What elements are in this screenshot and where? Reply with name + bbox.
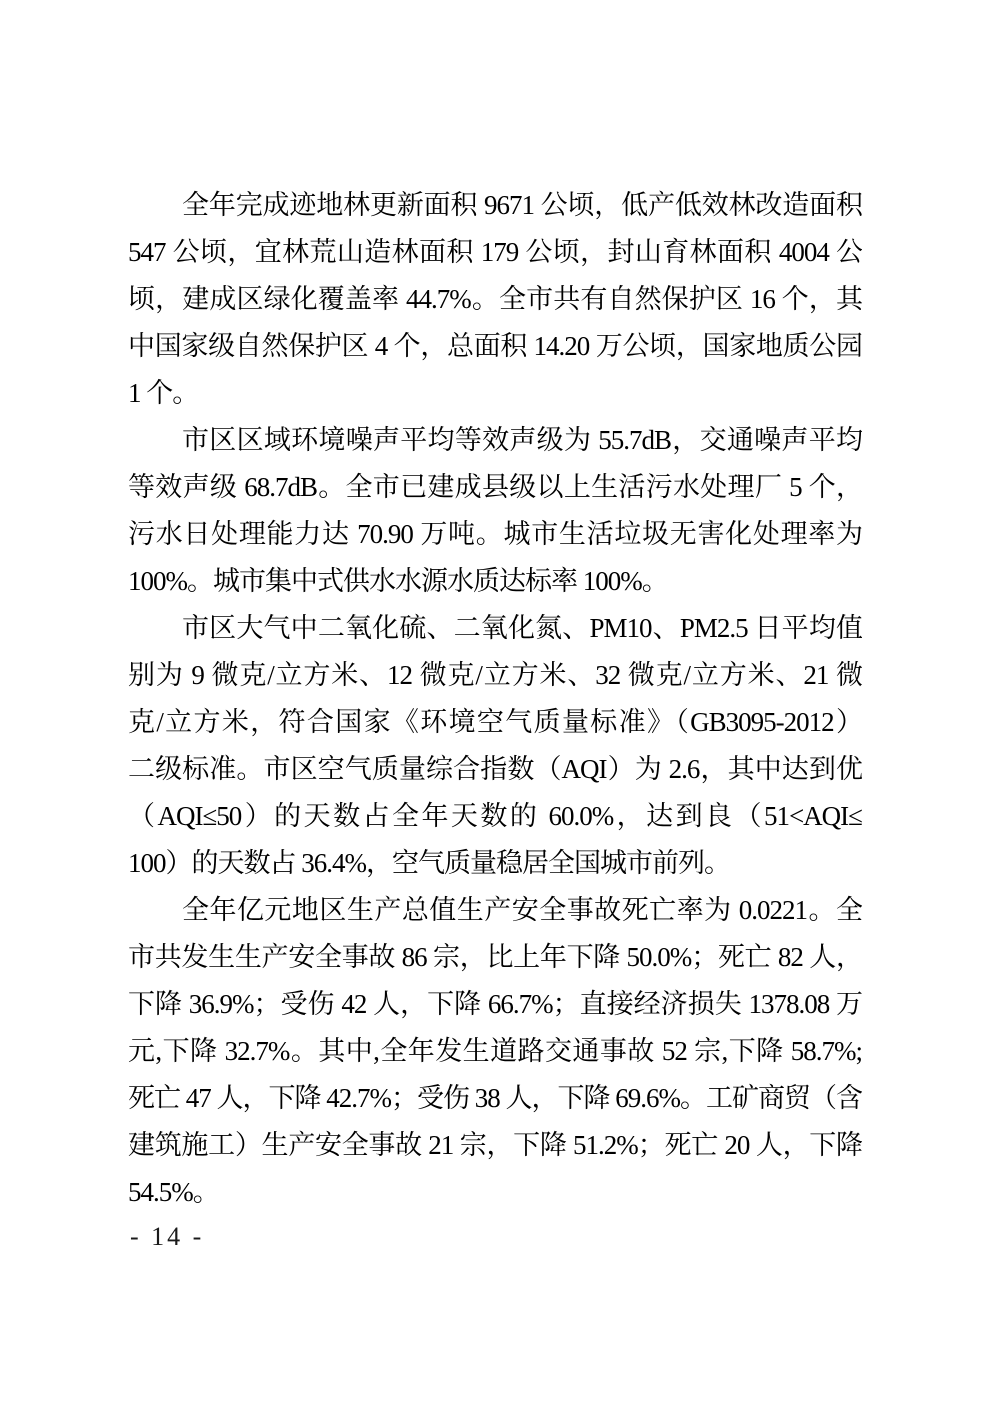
document-page: 全年完成迹地林更新面积 9671 公顷，低产低效林改造面积 547 公顷，宜林荒… <box>0 0 992 1403</box>
paragraph-forestry-greening: 全年完成迹地林更新面积 9671 公顷，低产低效林改造面积 547 公顷，宜林荒… <box>128 182 862 417</box>
document-body: 全年完成迹地林更新面积 9671 公顷，低产低效林改造面积 547 公顷，宜林荒… <box>128 182 862 1216</box>
paragraph-noise-water-treatment: 市区区域环境噪声平均等效声级为 55.7dB，交通噪声平均 等效声级 68.7d… <box>128 417 862 605</box>
text-line: 死亡 47 人，下降 42.7%；受伤 38 人，下降 69.6%。工矿商贸（含 <box>128 1075 862 1122</box>
text-line: （AQI≤50）的天数占全年天数的 60.0%，达到良（51<AQI≤ <box>128 793 862 840</box>
text-line: 中国家级自然保护区 4 个，总面积 14.20 万公顷，国家地质公园 <box>128 323 862 370</box>
text-line: 二级标准。市区空气质量综合指数（AQI）为 2.6，其中达到优 <box>128 746 862 793</box>
text-line: 100）的天数占 36.4%，空气质量稳居全国城市前列。 <box>128 840 862 887</box>
text-line: 顷，建成区绿化覆盖率 44.7%。全市共有自然保护区 16 个，其 <box>128 276 862 323</box>
text-line: 1 个。 <box>128 370 862 417</box>
text-line: 全年亿元地区生产总值生产安全事故死亡率为 0.0221。全 <box>128 887 862 934</box>
text-line: 市区大气中二氧化硫、二氧化氮、PM10、PM2.5 日平均值分 <box>128 605 862 652</box>
paragraph-production-safety: 全年亿元地区生产总值生产安全事故死亡率为 0.0221。全 市共发生生产安全事故… <box>128 887 862 1216</box>
text-line: 市区区域环境噪声平均等效声级为 55.7dB，交通噪声平均 <box>128 417 862 464</box>
text-line: 别为 9 微克/立方米、12 微克/立方米、32 微克/立方米、21 微 <box>128 652 862 699</box>
text-line: 元,下降 32.7%。其中,全年发生道路交通事故 52 宗,下降 58.7%; <box>128 1028 862 1075</box>
text-line: 等效声级 68.7dB。全市已建成县级以上生活污水处理厂 5 个， <box>128 464 862 511</box>
text-line: 下降 36.9%；受伤 42 人，下降 66.7%；直接经济损失 1378.08… <box>128 981 862 1028</box>
text-line: 全年完成迹地林更新面积 9671 公顷，低产低效林改造面积 <box>128 182 862 229</box>
text-line: 污水日处理能力达 70.90 万吨。城市生活垃圾无害化处理率为 <box>128 511 862 558</box>
text-line: 建筑施工）生产安全事故 21 宗，下降 51.2%；死亡 20 人，下降 <box>128 1122 862 1169</box>
text-line: 547 公顷，宜林荒山造林面积 179 公顷，封山育林面积 4004 公 <box>128 229 862 276</box>
paragraph-air-quality: 市区大气中二氧化硫、二氧化氮、PM10、PM2.5 日平均值分 别为 9 微克/… <box>128 605 862 887</box>
text-line: 克/立方米，符合国家《环境空气质量标准》（GB3095-2012） <box>128 699 862 746</box>
text-line: 市共发生生产安全事故 86 宗，比上年下降 50.0%；死亡 82 人， <box>128 934 862 981</box>
text-line: 54.5%。 <box>128 1169 862 1216</box>
page-number: - 14 - <box>130 1222 204 1252</box>
text-line: 100%。城市集中式供水水源水质达标率 100%。 <box>128 558 862 605</box>
